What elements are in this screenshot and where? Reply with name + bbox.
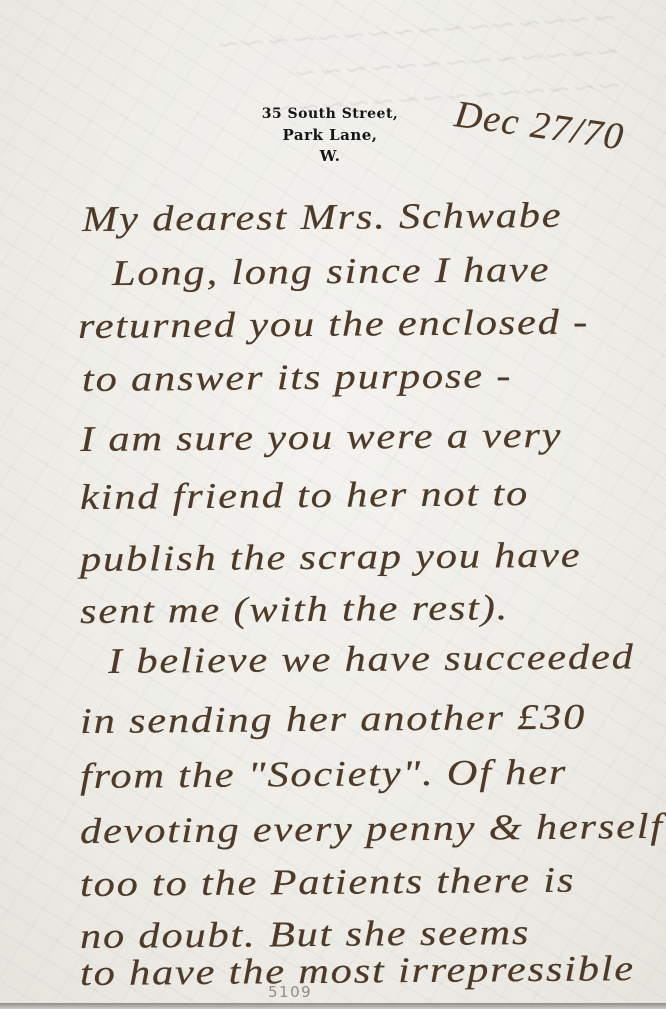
letterhead-postal-district: W. (240, 146, 420, 167)
letter-line: publish the scrap you have (80, 534, 582, 580)
letterhead-street: 35 South Street, (240, 104, 420, 125)
letter-line: Long, long since I have (112, 248, 551, 294)
letter-line: I believe we have succeeded (108, 635, 635, 682)
letter-line: returned you the enclosed - (78, 300, 589, 347)
letterhead: 35 South Street, Park Lane, W. (240, 104, 420, 167)
letter-line: devoting every penny & herself (80, 805, 664, 852)
letter-line: from the "Society". Of her (80, 751, 568, 797)
letter-line: to have the most irrepressible (80, 947, 635, 994)
letter-line: to answer its purpose - (82, 354, 513, 400)
salutation: My dearest Mrs. Schwabe (82, 194, 563, 240)
letter-line: too to the Patients there is (80, 859, 576, 905)
letter-line: sent me (with the rest). (80, 586, 510, 632)
letter-page: ~~~~~~~~~~~~~~~~~~~~~~~~~~~~~~~~~~~~~~~~… (0, 0, 666, 1003)
letter-date: Dec 27/70 (452, 92, 627, 159)
letter-line: kind friend to her not to (80, 472, 529, 518)
letter-line: in sending her another £30 (80, 696, 587, 742)
letterhead-area: Park Lane, (240, 125, 420, 146)
page-edge (0, 1003, 666, 1009)
letter-line: I am sure you were a very (80, 414, 563, 460)
archive-catalog-number: 5109 (268, 983, 312, 1001)
